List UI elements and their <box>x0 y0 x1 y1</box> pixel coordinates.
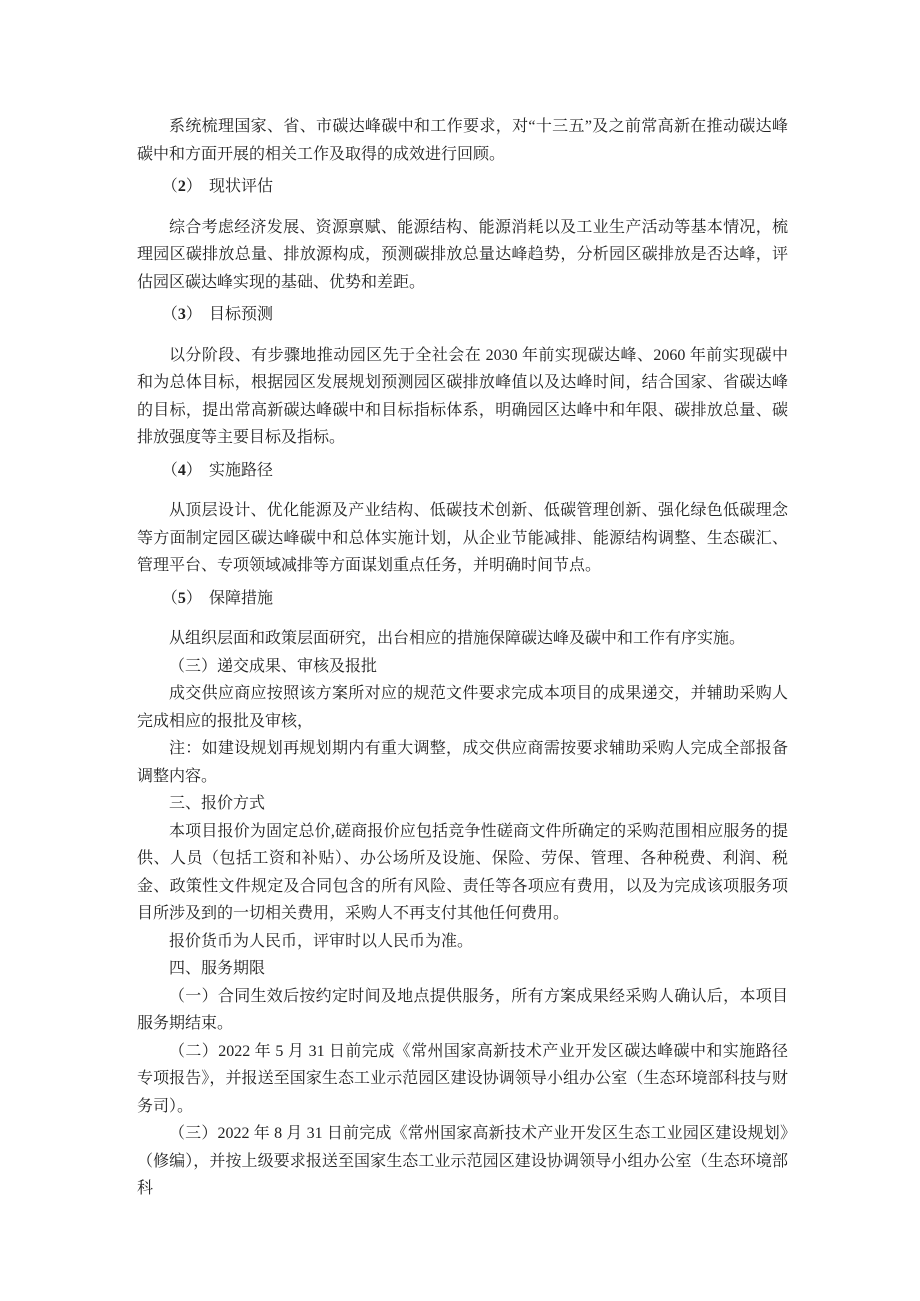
heading-label: 现状评估 <box>209 178 273 195</box>
heading-number: 5 <box>178 590 186 607</box>
paragraph: 从组织层面和政策层面研究，出台相应的措施保障碳达峰及碳中和工作有序实施。 <box>137 625 788 653</box>
paragraph: （三）2022 年 8 月 31 日前完成《常州国家高新技术产业开发区生态工业园… <box>137 1120 788 1203</box>
chapter-heading: 三、报价方式 <box>137 790 788 818</box>
paragraph: 系统梳理国家、省、市碳达峰碳中和工作要求，对“十三五”及之前常高新在推动碳达峰碳… <box>137 113 788 168</box>
paragraph: （一）合同生效后按约定时间及地点提供服务，所有方案成果经采购人确认后，本项目服务… <box>137 983 788 1038</box>
numbered-sub-heading: （2）现状评估 <box>137 173 788 201</box>
paren-open: （ <box>162 590 178 607</box>
numbered-sub-heading: （5）保障措施 <box>137 585 788 613</box>
paren-close: ） <box>186 590 202 607</box>
heading-label: 保障措施 <box>209 590 273 607</box>
heading-label: 目标预测 <box>209 306 273 323</box>
chapter-heading: 四、服务期限 <box>137 955 788 983</box>
numbered-sub-heading: （3）目标预测 <box>137 301 788 329</box>
section-heading: （三）递交成果、审核及报批 <box>137 653 788 681</box>
paren-close: ） <box>186 462 202 479</box>
paragraph: 注：如建设规划再规划期内有重大调整，成交供应商需按要求辅助采购人完成全部报备调整… <box>137 735 788 790</box>
paren-close: ） <box>186 178 202 195</box>
paragraph: 以分阶段、有步骤地推动园区先于全社会在 2030 年前实现碳达峰、2060 年前… <box>137 342 788 452</box>
document-body: 系统梳理国家、省、市碳达峰碳中和工作要求，对“十三五”及之前常高新在推动碳达峰碳… <box>137 113 788 1203</box>
paragraph: 从顶层设计、优化能源及产业结构、低碳技术创新、低碳管理创新、强化绿色低碳理念等方… <box>137 497 788 580</box>
heading-number: 2 <box>178 178 186 195</box>
paren-open: （ <box>162 178 178 195</box>
paragraph: （二）2022 年 5 月 31 日前完成《常州国家高新技术产业开发区碳达峰碳中… <box>137 1038 788 1121</box>
numbered-sub-heading: （4）实施路径 <box>137 457 788 485</box>
heading-number: 3 <box>178 306 186 323</box>
paragraph: 成交供应商应按照该方案所对应的规范文件要求完成本项目的成果递交，并辅助采购人完成… <box>137 680 788 735</box>
paragraph: 报价货币为人民币，评审时以人民币为准。 <box>137 928 788 956</box>
paragraph: 综合考虑经济发展、资源禀赋、能源结构、能源消耗以及工业生产活动等基本情况，梳理园… <box>137 214 788 297</box>
heading-label: 实施路径 <box>209 462 273 479</box>
paren-open: （ <box>162 462 178 479</box>
paragraph: 本项目报价为固定总价,磋商报价应包括竞争性磋商文件所确定的采购范围相应服务的提供… <box>137 818 788 928</box>
paren-close: ） <box>186 306 202 323</box>
paren-open: （ <box>162 306 178 323</box>
heading-number: 4 <box>178 462 186 479</box>
document-page: 系统梳理国家、省、市碳达峰碳中和工作要求，对“十三五”及之前常高新在推动碳达峰碳… <box>0 0 920 1301</box>
